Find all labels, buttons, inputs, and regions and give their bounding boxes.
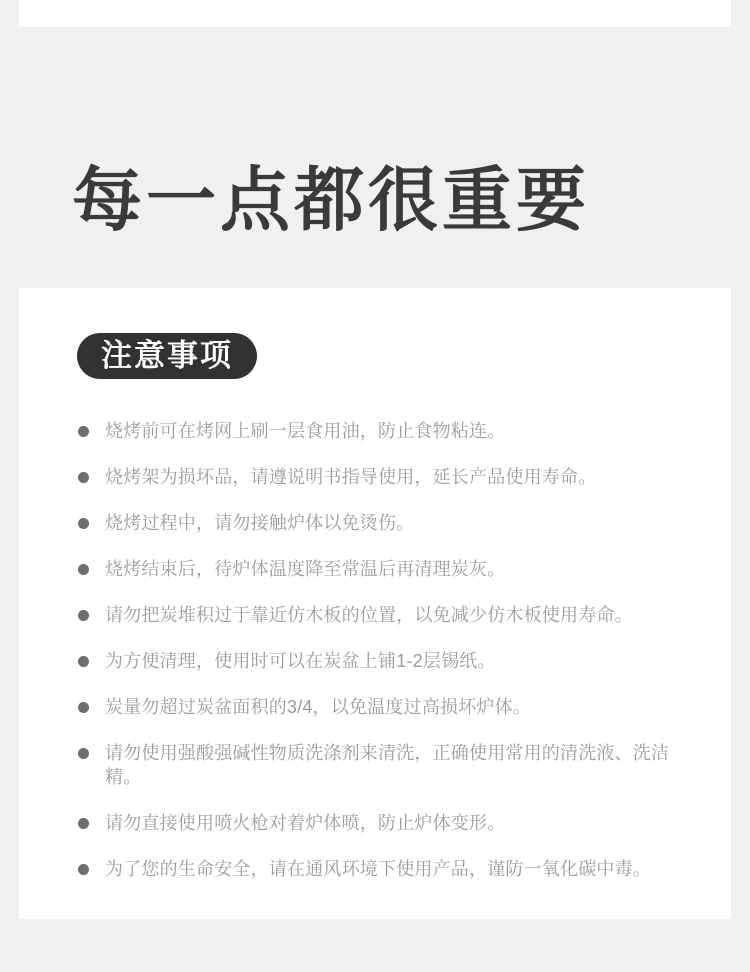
list-item: 烧烤结束后，待炉体温度降至常温后再清理炭灰。 xyxy=(78,557,685,581)
list-item: 为了您的生命安全，请在通风环境下使用产品，谨防一氧化碳中毒。 xyxy=(78,857,685,881)
bullet-icon xyxy=(78,656,89,667)
page-title: 每一点都很重要 xyxy=(0,27,750,235)
list-item: 请勿把炭堆积过于靠近仿木板的位置，以免减少仿木板使用寿命。 xyxy=(78,603,685,627)
notice-list: 烧烤前可在烤网上刷一层食用油，防止食物粘连。 烧烤架为损坏品，请遵说明书指导使用… xyxy=(78,419,685,881)
top-divider-strip xyxy=(19,0,731,27)
bullet-icon xyxy=(78,610,89,621)
bullet-icon xyxy=(78,864,89,875)
list-item-text: 烧烤过程中，请勿接触炉体以免烫伤。 xyxy=(105,511,414,535)
list-item: 烧烤前可在烤网上刷一层食用油，防止食物粘连。 xyxy=(78,419,685,443)
notice-badge: 注意事项 xyxy=(77,333,257,379)
bullet-icon xyxy=(78,702,89,713)
bullet-icon xyxy=(78,748,89,759)
bullet-icon xyxy=(78,426,89,437)
list-item: 烧烤架为损坏品，请遵说明书指导使用，延长产品使用寿命。 xyxy=(78,465,685,489)
list-item: 为方便清理，使用时可以在炭盆上铺1-2层锡纸。 xyxy=(78,649,685,673)
list-item-text: 请勿直接使用喷火枪对着炉体喷，防止炉体变形。 xyxy=(105,811,505,835)
list-item: 请勿使用强酸强碱性物质洗涤剂来清洗，正确使用常用的清洗液、洗洁精。 xyxy=(78,741,685,789)
list-item: 烧烤过程中，请勿接触炉体以免烫伤。 xyxy=(78,511,685,535)
bullet-icon xyxy=(78,518,89,529)
list-item-text: 烧烤结束后，待炉体温度降至常温后再清理炭灰。 xyxy=(105,557,505,581)
list-item-text: 为方便清理，使用时可以在炭盆上铺1-2层锡纸。 xyxy=(105,649,496,673)
bullet-icon xyxy=(78,564,89,575)
list-item-text: 烧烤前可在烤网上刷一层食用油，防止食物粘连。 xyxy=(105,419,505,443)
bullet-icon xyxy=(78,472,89,483)
notice-card: 注意事项 烧烤前可在烤网上刷一层食用油，防止食物粘连。 烧烤架为损坏品，请遵说明… xyxy=(19,288,731,919)
list-item-text: 请勿把炭堆积过于靠近仿木板的位置，以免减少仿木板使用寿命。 xyxy=(105,603,633,627)
list-item: 炭量勿超过炭盆面积的3/4，以免温度过高损坏炉体。 xyxy=(78,695,685,719)
list-item-text: 烧烤架为损坏品，请遵说明书指导使用，延长产品使用寿命。 xyxy=(105,465,596,489)
list-item-text: 为了您的生命安全，请在通风环境下使用产品，谨防一氧化碳中毒。 xyxy=(105,857,651,881)
notice-badge-label: 注意事项 xyxy=(101,338,233,373)
list-item: 请勿直接使用喷火枪对着炉体喷，防止炉体变形。 xyxy=(78,811,685,835)
list-item-text: 炭量勿超过炭盆面积的3/4，以免温度过高损坏炉体。 xyxy=(105,695,531,719)
bullet-icon xyxy=(78,818,89,829)
list-item-text: 请勿使用强酸强碱性物质洗涤剂来清洗，正确使用常用的清洗液、洗洁精。 xyxy=(105,741,685,789)
